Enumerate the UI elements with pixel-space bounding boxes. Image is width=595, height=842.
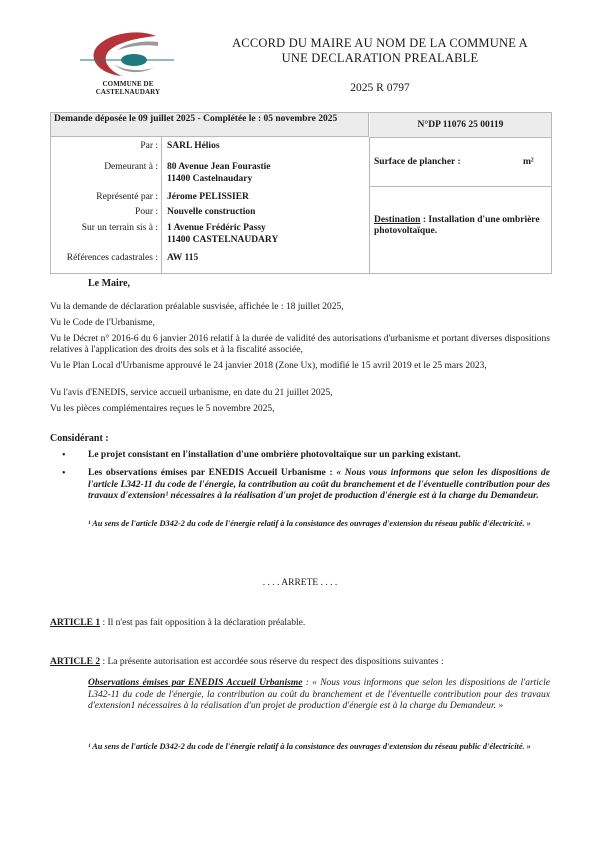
vu-6: Vu les pièces complémentaires reçues le … [50,404,550,415]
enedis-observations-heading: Observations émises par ENEDIS Accueil U… [88,678,302,688]
logo-line-1: COMMUNE DE [78,80,178,88]
commune-logo: COMMUNE DE CASTELNAUDARY [78,30,178,105]
considerant-2: Les observations émises par ENEDIS Accue… [88,468,550,503]
submission-dates: Demande déposée le 09 juillet 2025 - Com… [51,113,369,137]
enedis-observations: Observations émises par ENEDIS Accueil U… [88,678,550,713]
label-par: Par : [51,141,158,152]
title-line-2: UNE DECLARATION PREALABLE [210,51,550,66]
vu-2: Vu le Code de l'Urbanisme, [50,318,550,329]
value-cadastre: AW 115 [167,253,367,264]
value-represente: Jérome PELISSIER [167,192,367,203]
decision-reference: 2025 R 0797 [210,82,550,94]
label-cadastre: Références cadastrales : [51,253,158,264]
article-1-label: ARTICLE 1 [50,618,100,628]
destination-label: Destination [374,215,420,225]
value-demeurant-city: 11400 Castelnaudary [167,174,367,185]
vu-3: Vu le Décret n° 2016-6 du 6 janvier 2016… [50,334,550,356]
table-divider [369,137,370,273]
value-terrain-city: 11400 CASTELNAUDARY [167,235,367,246]
considerant-2-lead: Les observations émises par ENEDIS Accue… [88,468,336,478]
arrete-heading: . . . . ARRETE . . . . [50,578,550,588]
considerant-2-footnote: ¹ Au sens de l'article D342-2 du code de… [88,519,550,530]
value-pour: Nouvelle construction [167,207,367,218]
article-2-text: : La présente autorisation est accordée … [100,657,443,667]
bullet-icon: • [62,450,66,461]
application-info-table: Demande déposée le 09 juillet 2025 - Com… [50,112,552,274]
title-line-1: ACCORD DU MAIRE AU NOM DE LA COMMUNE A [210,36,550,51]
vu-5: Vu l'avis d'ENEDIS, service accueil urba… [50,388,550,399]
surface-unit: m² [523,157,534,167]
enedis-observations-footnote: ¹ Au sens de l'article D342-2 du code de… [88,742,550,753]
le-maire-heading: Le Maire, [88,278,130,289]
label-demeurant: Demeurant à : [51,162,158,173]
vu-4: Vu le Plan Local d'Urbanisme approuvé le… [50,361,550,372]
dp-number: N°DP 11076 25 00119 [370,113,551,138]
destination: Destination : Installation d'une ombrièr… [374,215,546,237]
label-terrain: Sur un terrain sis à : [51,223,158,234]
article-2-label: ARTICLE 2 [50,657,100,667]
surface-label: Surface de plancher : [374,157,546,168]
table-label-divider [161,137,162,273]
vu-1: Vu la demande de déclaration préalable s… [50,302,550,313]
article-1-text: : Il n'est pas fait opposition à la décl… [100,618,305,628]
castelnaudary-emblem-icon [78,30,178,80]
value-terrain: 1 Avenue Frédéric Passy [167,223,367,234]
table-right-divider [370,186,551,187]
article-1: ARTICLE 1 : Il n'est pas fait opposition… [50,618,550,628]
logo-line-2: CASTELNAUDARY [78,88,178,96]
label-represente: Représenté par : [51,192,158,203]
document-title: ACCORD DU MAIRE AU NOM DE LA COMMUNE A U… [210,36,550,66]
bullet-icon: • [62,468,66,479]
considerant-heading: Considérant : [50,433,109,444]
article-2: ARTICLE 2 : La présente autorisation est… [50,657,550,667]
value-par: SARL Hélios [167,141,367,152]
considerant-1: Le projet consistant en l'installation d… [88,450,550,462]
value-demeurant: 80 Avenue Jean Fourastie [167,162,367,173]
label-pour: Pour : [51,207,158,218]
